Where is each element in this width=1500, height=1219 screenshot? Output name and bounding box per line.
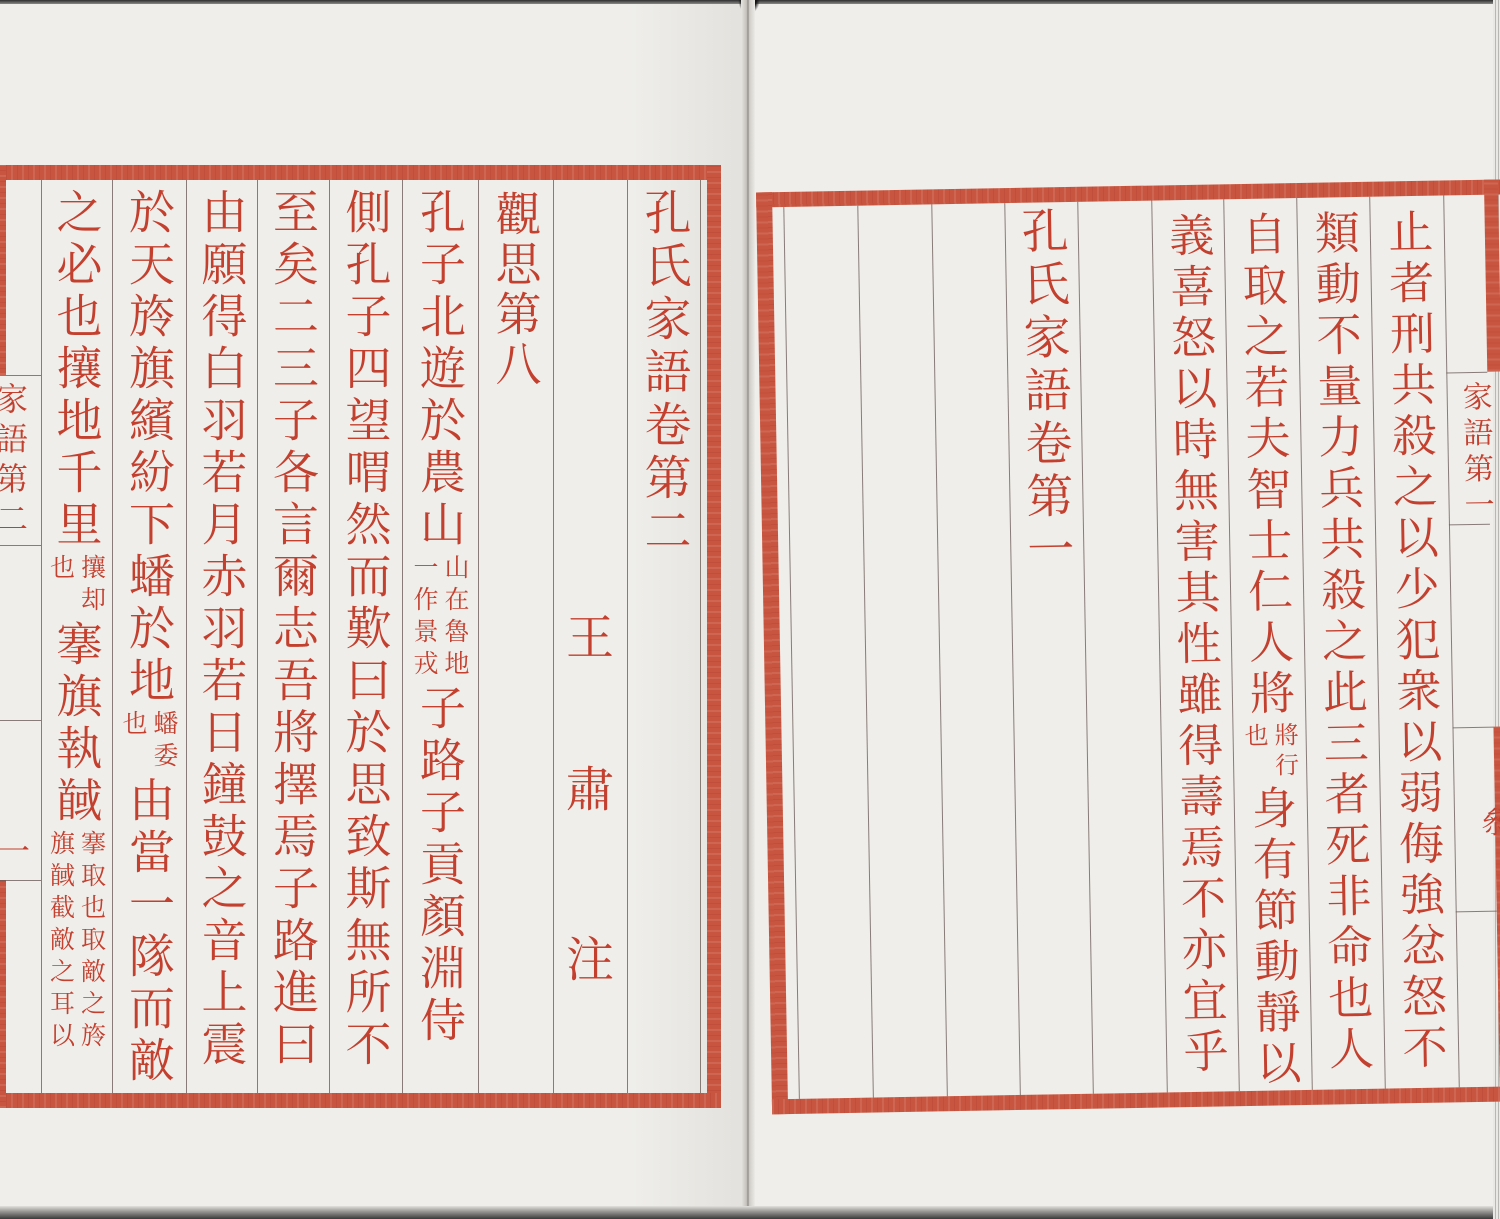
frame-right-border — [707, 165, 721, 1108]
frame-left-border — [0, 165, 6, 375]
frame-right-border — [1484, 180, 1500, 372]
tab-rule — [0, 880, 41, 881]
text-column: 類動不量力兵共殺之此三者死非命也人 — [1296, 209, 1384, 1077]
tab-rule — [1456, 911, 1497, 913]
margin-tab-title: 家語第一 — [1458, 381, 1491, 526]
main-text: 止者刑共殺之以少犯衆以弱侮強忿怒不 — [1384, 208, 1444, 1076]
main-text: 搴旗執馘 — [54, 620, 100, 828]
main-text: 至矣二三子各言爾志吾將擇焉子路進曰 — [270, 188, 316, 1072]
volume-end-title-column: 孔氏家語卷第一 — [1004, 206, 1083, 578]
note-right-line: 蟠委 — [152, 710, 177, 774]
text-column: 義喜怒以時無害其性雖得壽焉不亦宜乎 — [1151, 211, 1238, 1079]
column-rule — [857, 206, 874, 1098]
frame-bottom-border — [0, 1093, 721, 1108]
tab-rule — [1446, 372, 1487, 374]
text-column: 止者刑共殺之以少犯衆以弱侮強忿怒不 — [1369, 207, 1458, 1075]
main-text: 孔子北遊於農山 — [417, 188, 463, 552]
annotator-char: 肅 — [553, 766, 627, 814]
volume-title-column: 孔氏家語卷第二 — [627, 188, 701, 559]
main-text: 子路子貢顏淵侍 — [417, 684, 463, 1048]
annotator-char: 王 — [553, 614, 627, 662]
note-right-line: 將行 — [1272, 722, 1297, 782]
frame-left-border — [0, 880, 6, 1108]
commentary-note: 山在魯地 一作景戎 — [412, 554, 468, 682]
main-text: 於天旍旗繽紛下蟠於地 — [126, 188, 172, 708]
text-column: 之必也攘地千里 攘却 也 搴旗執馘 搴取也取敵之旍 旗馘截敵之耳以 — [41, 188, 112, 1056]
frame-left-border — [756, 192, 788, 1114]
note-right-line: 攘却 — [80, 554, 105, 618]
note-left-line: 旗馘截敵之耳以 — [49, 830, 74, 1054]
main-text: 身有節動靜以 — [1247, 784, 1297, 1091]
tab-rule — [0, 720, 41, 721]
main-text: 側孔子四望喟然而歎曰於思致斯無所不 — [343, 188, 389, 1072]
main-text: 義喜怒以時無害其性雖得壽焉不亦宜乎 — [1165, 212, 1225, 1080]
margin-tab-title: 家語第二 — [0, 382, 26, 542]
volume-title: 孔氏家語卷第二 — [641, 188, 688, 559]
frame-bottom-border — [772, 1086, 1500, 1114]
frame-top-border — [0, 165, 721, 180]
note-right-line: 山在魯地 — [443, 554, 468, 682]
commentary-note: 搴取也取敵之旍 旗馘截敵之耳以 — [49, 830, 105, 1054]
inner-frame-line — [783, 207, 800, 1099]
margin-tab-leaf-number: 一 — [0, 834, 28, 866]
margin-tab-fragment: 叅 — [1477, 806, 1500, 837]
tab-rule — [0, 545, 41, 546]
frame-right-border — [1493, 726, 1500, 1101]
main-text: 由當一隊而敵 — [126, 776, 172, 1088]
annotator-char: 注 — [553, 936, 627, 984]
tab-rule — [0, 375, 41, 376]
column-rule — [1077, 202, 1094, 1094]
main-text: 之必也攘地千里 — [54, 188, 100, 552]
frame-top-border — [756, 179, 1500, 207]
commentary-note: 將行 也 — [1242, 722, 1297, 783]
text-column: 側孔子四望喟然而歎曰於思致斯無所不 — [329, 188, 402, 1072]
text-column: 由願得白羽若月赤羽若日鐘鼓之音上震 — [186, 188, 257, 1072]
text-column: 自取之若夫智士仁人將 將行 也 身有節動靜以 — [1223, 210, 1311, 1091]
note-left-line: 也 — [49, 554, 74, 586]
text-column: 至矣二三子各言爾志吾將擇焉子路進曰 — [257, 188, 329, 1072]
note-left-line: 也 — [1242, 723, 1267, 753]
commentary-note: 蟠委 也 — [121, 710, 177, 774]
tab-rule — [1452, 727, 1493, 729]
text-column: 於天旍旗繽紛下蟠於地 蟠委 也 由當一隊而敵 — [112, 188, 186, 1088]
book-bottom-edge — [0, 1206, 1500, 1219]
note-left-line: 一作景戎 — [412, 554, 437, 682]
chapter-title-column: 觀思第八 — [478, 190, 553, 390]
note-left-line: 也 — [121, 710, 146, 742]
main-text: 自取之若夫智士仁人將 — [1237, 210, 1291, 721]
main-text: 由願得白羽若月赤羽若日鐘鼓之音上震 — [199, 188, 245, 1072]
column-rule — [931, 204, 948, 1096]
main-text: 類動不量力兵共殺之此三者死非命也人 — [1310, 209, 1370, 1077]
volume-end-title: 孔氏家語卷第一 — [1017, 206, 1070, 578]
right-page: 家語第一 叅 止者刑共殺之以少犯衆以弱侮強忿怒不 類動不量力兵共殺之此三者死非命… — [742, 163, 1500, 1126]
note-right-line: 搴取也取敵之旍 — [80, 830, 105, 1054]
text-column: 孔子北遊於農山 山在魯地 一作景戎 子路子貢顏淵侍 — [402, 188, 478, 1048]
chapter-title: 觀思第八 — [493, 190, 539, 390]
commentary-note: 攘却 也 — [49, 554, 105, 618]
